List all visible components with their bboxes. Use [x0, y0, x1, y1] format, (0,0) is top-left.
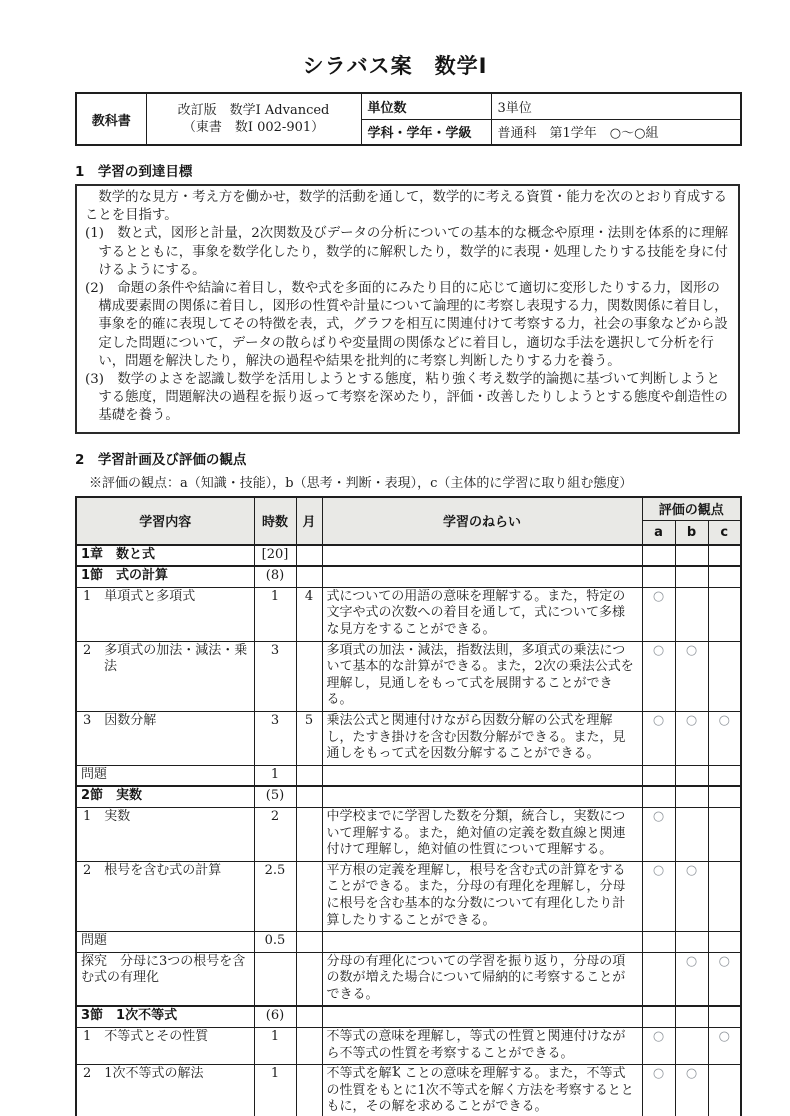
content-cell: 1 実数	[76, 807, 254, 861]
mark-a-cell: ○	[642, 807, 675, 861]
content-cell: 1 不等式とその性質	[76, 1028, 254, 1065]
hours-cell: 1	[254, 587, 296, 641]
content-cell: 2節 実数	[76, 786, 254, 807]
textbook-name: 改訂版 数学Ⅰ Advanced	[153, 102, 355, 119]
table-row: 3節 1次不等式(6)	[76, 1006, 741, 1027]
units-value: 3単位	[491, 93, 741, 119]
circle-mark: ○	[686, 713, 697, 728]
mark-b-cell	[675, 786, 708, 807]
mark-c-cell	[708, 807, 741, 861]
content-cell: 探究 分母に3つの根号を含む式の有理化	[76, 952, 254, 1006]
content-cell: 2 根号を含む式の計算	[76, 861, 254, 931]
month-cell	[296, 861, 322, 931]
mark-a-cell: ○	[642, 861, 675, 931]
hours-cell: 2.5	[254, 861, 296, 931]
mark-a-cell	[642, 765, 675, 786]
mark-a-cell: ○	[642, 1028, 675, 1065]
hours-cell: (6)	[254, 1006, 296, 1027]
table-row: 問題0.5	[76, 932, 741, 953]
goal-item-2: (2) 命題の条件や結論に着目し，数や式を多面的にみたり目的に応じて適切に変形し…	[85, 280, 730, 371]
aim-cell	[322, 765, 642, 786]
mark-c-cell: ○	[708, 711, 741, 765]
mark-c-cell	[708, 1006, 741, 1027]
mark-a-cell	[642, 545, 675, 567]
hours-cell: 3	[254, 711, 296, 765]
table-row: 1節 式の計算(8)	[76, 566, 741, 587]
mark-b-cell	[675, 566, 708, 587]
mark-c-cell	[708, 932, 741, 953]
mark-a-cell	[642, 786, 675, 807]
aim-cell	[322, 545, 642, 567]
col-header-a: a	[642, 521, 675, 545]
goals-intro: 数学的な見方・考え方を働かせ，数学的活動を通して，数学的に考える資質・能力を次の…	[85, 189, 730, 225]
month-cell	[296, 641, 322, 711]
textbook-code: （東書 数Ⅰ 002-901）	[153, 119, 355, 136]
month-cell: 5	[296, 711, 322, 765]
circle-mark: ○	[686, 863, 697, 878]
mark-b-cell	[675, 545, 708, 567]
mark-b-cell	[675, 807, 708, 861]
circle-mark: ○	[686, 954, 697, 969]
aim-cell: 分母の有理化についての学習を振り返り，分母の項の数が増えた場合について帰納的に考…	[322, 952, 642, 1006]
hours-cell: (8)	[254, 566, 296, 587]
goal-item-1: (1) 数と式，図形と計量，2次関数及びデータの分析についての基本的な概念や原理…	[85, 225, 730, 280]
mark-b-cell	[675, 587, 708, 641]
mark-c-cell	[708, 765, 741, 786]
month-cell	[296, 1028, 322, 1065]
mark-b-cell	[675, 765, 708, 786]
content-cell: 3節 1次不等式	[76, 1006, 254, 1027]
col-header-content: 学習内容	[76, 497, 254, 545]
aim-cell	[322, 1006, 642, 1027]
content-cell: 1章 数と式	[76, 545, 254, 567]
textbook-info-table: 教科書 改訂版 数学Ⅰ Advanced （東書 数Ⅰ 002-901） 単位数…	[75, 92, 742, 146]
content-cell: 3 因数分解	[76, 711, 254, 765]
mark-a-cell	[642, 932, 675, 953]
page-content: 教科書 改訂版 数学Ⅰ Advanced （東書 数Ⅰ 002-901） 単位数…	[75, 92, 740, 1116]
circle-mark: ○	[719, 1029, 730, 1044]
table-row: 1 不等式とその性質1不等式の意味を理解し，等式の性質と関連付けながら不等式の性…	[76, 1028, 741, 1065]
goals-heading: 1 学習の到達目標	[75, 160, 740, 180]
mark-c-cell	[708, 641, 741, 711]
mark-b-cell: ○	[675, 861, 708, 931]
mark-a-cell: ○	[642, 587, 675, 641]
col-header-evaluation: 評価の観点	[642, 497, 741, 521]
goals-box: 数学的な見方・考え方を働かせ，数学的活動を通して，数学的に考える資質・能力を次の…	[75, 184, 740, 434]
table-row: 2節 実数(5)	[76, 786, 741, 807]
table-row: 1 実数2中学校までに学習した数を分類，統合し，実数について理解する。また，絶対…	[76, 807, 741, 861]
aim-cell	[322, 932, 642, 953]
month-cell: 4	[296, 587, 322, 641]
table-row: 1 単項式と多項式14式についての用語の意味を理解する。また，特定の文字や式の次…	[76, 587, 741, 641]
mark-c-cell	[708, 786, 741, 807]
learning-plan-table: 学習内容 時数 月 学習のねらい 評価の観点 a b c 1章 数と式[20]1…	[75, 496, 742, 1116]
circle-mark: ○	[719, 954, 730, 969]
circle-mark: ○	[653, 713, 664, 728]
month-cell	[296, 786, 322, 807]
month-cell	[296, 1006, 322, 1027]
plan-table-header: 学習内容 時数 月 学習のねらい 評価の観点 a b c	[76, 497, 741, 545]
syllabus-page: シラバス案 数学Ⅰ 教科書 改訂版 数学Ⅰ Advanced （東書 数Ⅰ 00…	[0, 0, 790, 1116]
circle-mark: ○	[686, 643, 697, 658]
circle-mark: ○	[653, 1029, 664, 1044]
mark-b-cell	[675, 1006, 708, 1027]
evaluation-note: ※評価の観点：a（知識・技能），b（思考・判断・表現），c（主体的に学習に取り組…	[89, 472, 740, 491]
mark-c-cell	[708, 861, 741, 931]
circle-mark: ○	[653, 809, 664, 824]
table-row: 探究 分母に3つの根号を含む式の有理化分母の有理化についての学習を振り返り，分母…	[76, 952, 741, 1006]
aim-cell: 式についての用語の意味を理解する。また，特定の文字や式の次数への着目を通して，式…	[322, 587, 642, 641]
page-number: 1	[0, 1065, 790, 1080]
col-header-b: b	[675, 521, 708, 545]
mark-a-cell	[642, 566, 675, 587]
circle-mark: ○	[653, 643, 664, 658]
hours-cell: [20]	[254, 545, 296, 567]
table-row: 1章 数と式[20]	[76, 545, 741, 567]
circle-mark: ○	[653, 589, 664, 604]
plan-heading: 2 学習計画及び評価の観点	[75, 448, 740, 468]
col-header-hours: 時数	[254, 497, 296, 545]
mark-a-cell	[642, 952, 675, 1006]
month-cell	[296, 765, 322, 786]
mark-b-cell	[675, 1028, 708, 1065]
mark-c-cell: ○	[708, 952, 741, 1006]
table-row: 2 根号を含む式の計算2.5平方根の定義を理解し，根号を含む式の計算をすることが…	[76, 861, 741, 931]
mark-a-cell: ○	[642, 641, 675, 711]
content-cell: 問題	[76, 765, 254, 786]
hours-cell	[254, 952, 296, 1006]
table-row: 3 因数分解35乗法公式と関連付けながら因数分解の公式を理解し，たすき掛けを含む…	[76, 711, 741, 765]
aim-cell: 中学校までに学習した数を分類，統合し，実数について理解する。また，絶対値の定義を…	[322, 807, 642, 861]
table-row: 問題1	[76, 765, 741, 786]
mark-b-cell: ○	[675, 711, 708, 765]
content-cell: 1節 式の計算	[76, 566, 254, 587]
mark-c-cell: ○	[708, 1028, 741, 1065]
month-cell	[296, 807, 322, 861]
textbook-value: 改訂版 数学Ⅰ Advanced （東書 数Ⅰ 002-901）	[146, 93, 361, 145]
circle-mark: ○	[653, 863, 664, 878]
hours-cell: 1	[254, 1028, 296, 1065]
hours-cell: (5)	[254, 786, 296, 807]
units-label: 単位数	[361, 93, 491, 119]
mark-c-cell	[708, 545, 741, 567]
aim-cell	[322, 786, 642, 807]
hours-cell: 3	[254, 641, 296, 711]
hours-cell: 2	[254, 807, 296, 861]
page-title: シラバス案 数学Ⅰ	[0, 0, 790, 80]
hours-cell: 0.5	[254, 932, 296, 953]
mark-b-cell	[675, 932, 708, 953]
month-cell	[296, 952, 322, 1006]
col-header-c: c	[708, 521, 741, 545]
circle-mark: ○	[719, 713, 730, 728]
mark-c-cell	[708, 566, 741, 587]
col-header-aim: 学習のねらい	[322, 497, 642, 545]
month-cell	[296, 932, 322, 953]
aim-cell: 不等式の意味を理解し，等式の性質と関連付けながら不等式の性質を考察することができ…	[322, 1028, 642, 1065]
month-cell	[296, 566, 322, 587]
mark-b-cell: ○	[675, 641, 708, 711]
aim-cell: 平方根の定義を理解し，根号を含む式の計算をすることができる。また，分母の有理化を…	[322, 861, 642, 931]
textbook-label: 教科書	[76, 93, 146, 145]
mark-b-cell: ○	[675, 952, 708, 1006]
class-label: 学科・学年・学級	[361, 119, 491, 145]
aim-cell	[322, 566, 642, 587]
content-cell: 問題	[76, 932, 254, 953]
goal-item-3: (3) 数学のよさを認識し数学を活用しようとする態度，粘り強く考え数学的論拠に基…	[85, 371, 730, 426]
content-cell: 1 単項式と多項式	[76, 587, 254, 641]
content-cell: 2 多項式の加法・減法・乗法	[76, 641, 254, 711]
month-cell	[296, 545, 322, 567]
mark-a-cell	[642, 1006, 675, 1027]
mark-a-cell: ○	[642, 711, 675, 765]
table-row: 2 多項式の加法・減法・乗法3多項式の加法・減法，指数法則，多項式の乗法について…	[76, 641, 741, 711]
aim-cell: 多項式の加法・減法，指数法則，多項式の乗法について基本的な計算ができる。また，2…	[322, 641, 642, 711]
hours-cell: 1	[254, 765, 296, 786]
mark-c-cell	[708, 587, 741, 641]
info-row-1: 教科書 改訂版 数学Ⅰ Advanced （東書 数Ⅰ 002-901） 単位数…	[76, 93, 741, 119]
aim-cell: 乗法公式と関連付けながら因数分解の公式を理解し，たすき掛けを含む因数分解ができる…	[322, 711, 642, 765]
class-value: 普通科 第1学年 ○～○組	[491, 119, 741, 145]
col-header-month: 月	[296, 497, 322, 545]
